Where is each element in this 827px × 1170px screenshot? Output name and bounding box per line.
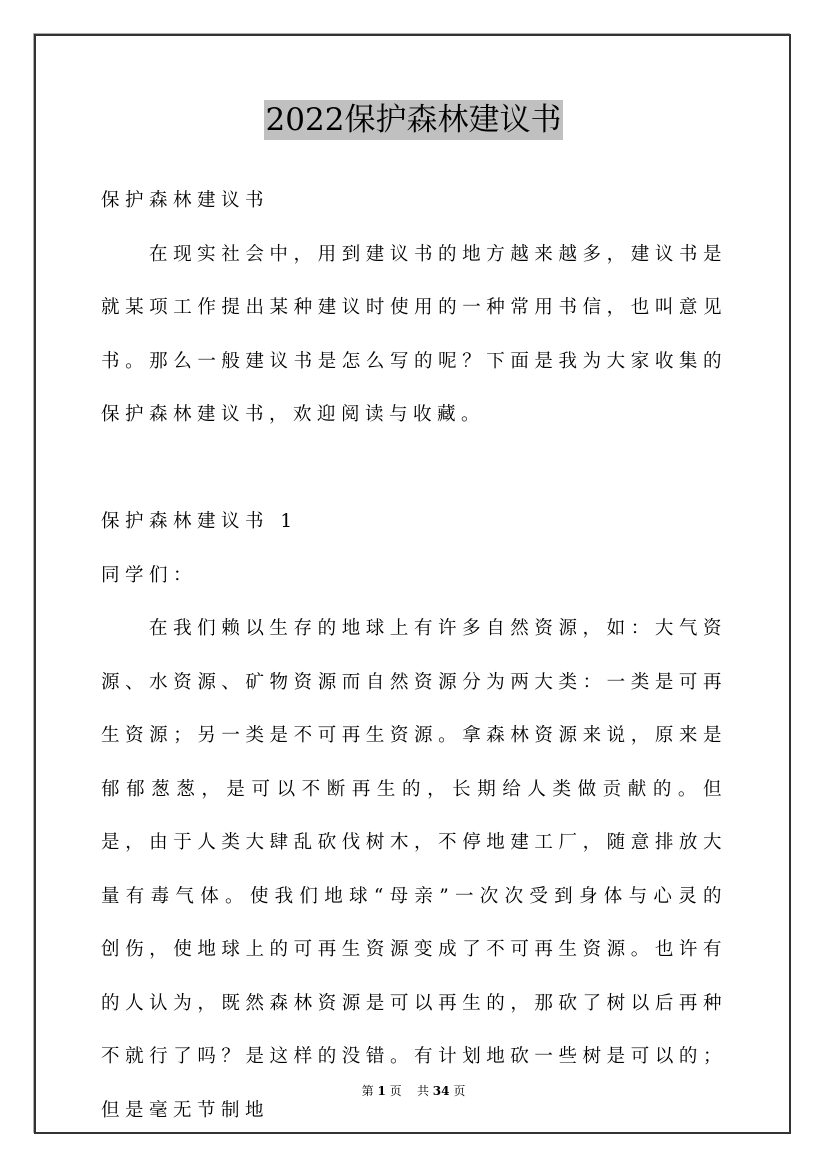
current-page-number: 1 (377, 1084, 385, 1098)
total-prefix: 共 (417, 1084, 429, 1098)
page-suffix: 页 (390, 1084, 402, 1098)
document-body: 保护森林建议书 在现实社会中，用到建议书的地方越来越多，建议书是就某项工作提出某… (101, 174, 727, 1137)
total-suffix: 页 (453, 1084, 465, 1098)
intro-paragraph: 在现实社会中，用到建议书的地方越来越多，建议书是就某项工作提出某种建议时使用的一… (101, 228, 727, 442)
blank-line (101, 442, 727, 496)
page-prefix: 第 (362, 1084, 374, 1098)
total-pages-number: 34 (433, 1084, 450, 1098)
body-paragraph: 在我们赖以生存的地球上有许多自然资源，如：大气资源、水资源、矿物资源而自然资源分… (101, 602, 727, 1137)
title-container: 2022保护森林建议书 (0, 100, 827, 140)
page-footer: 第 1 页 共 34 页 (0, 1082, 827, 1099)
section-heading: 保护森林建议书 (101, 174, 727, 228)
document-title: 2022保护森林建议书 (264, 100, 564, 140)
salutation: 同学们： (101, 549, 727, 603)
letter-heading: 保护森林建议书 1 (101, 495, 727, 549)
